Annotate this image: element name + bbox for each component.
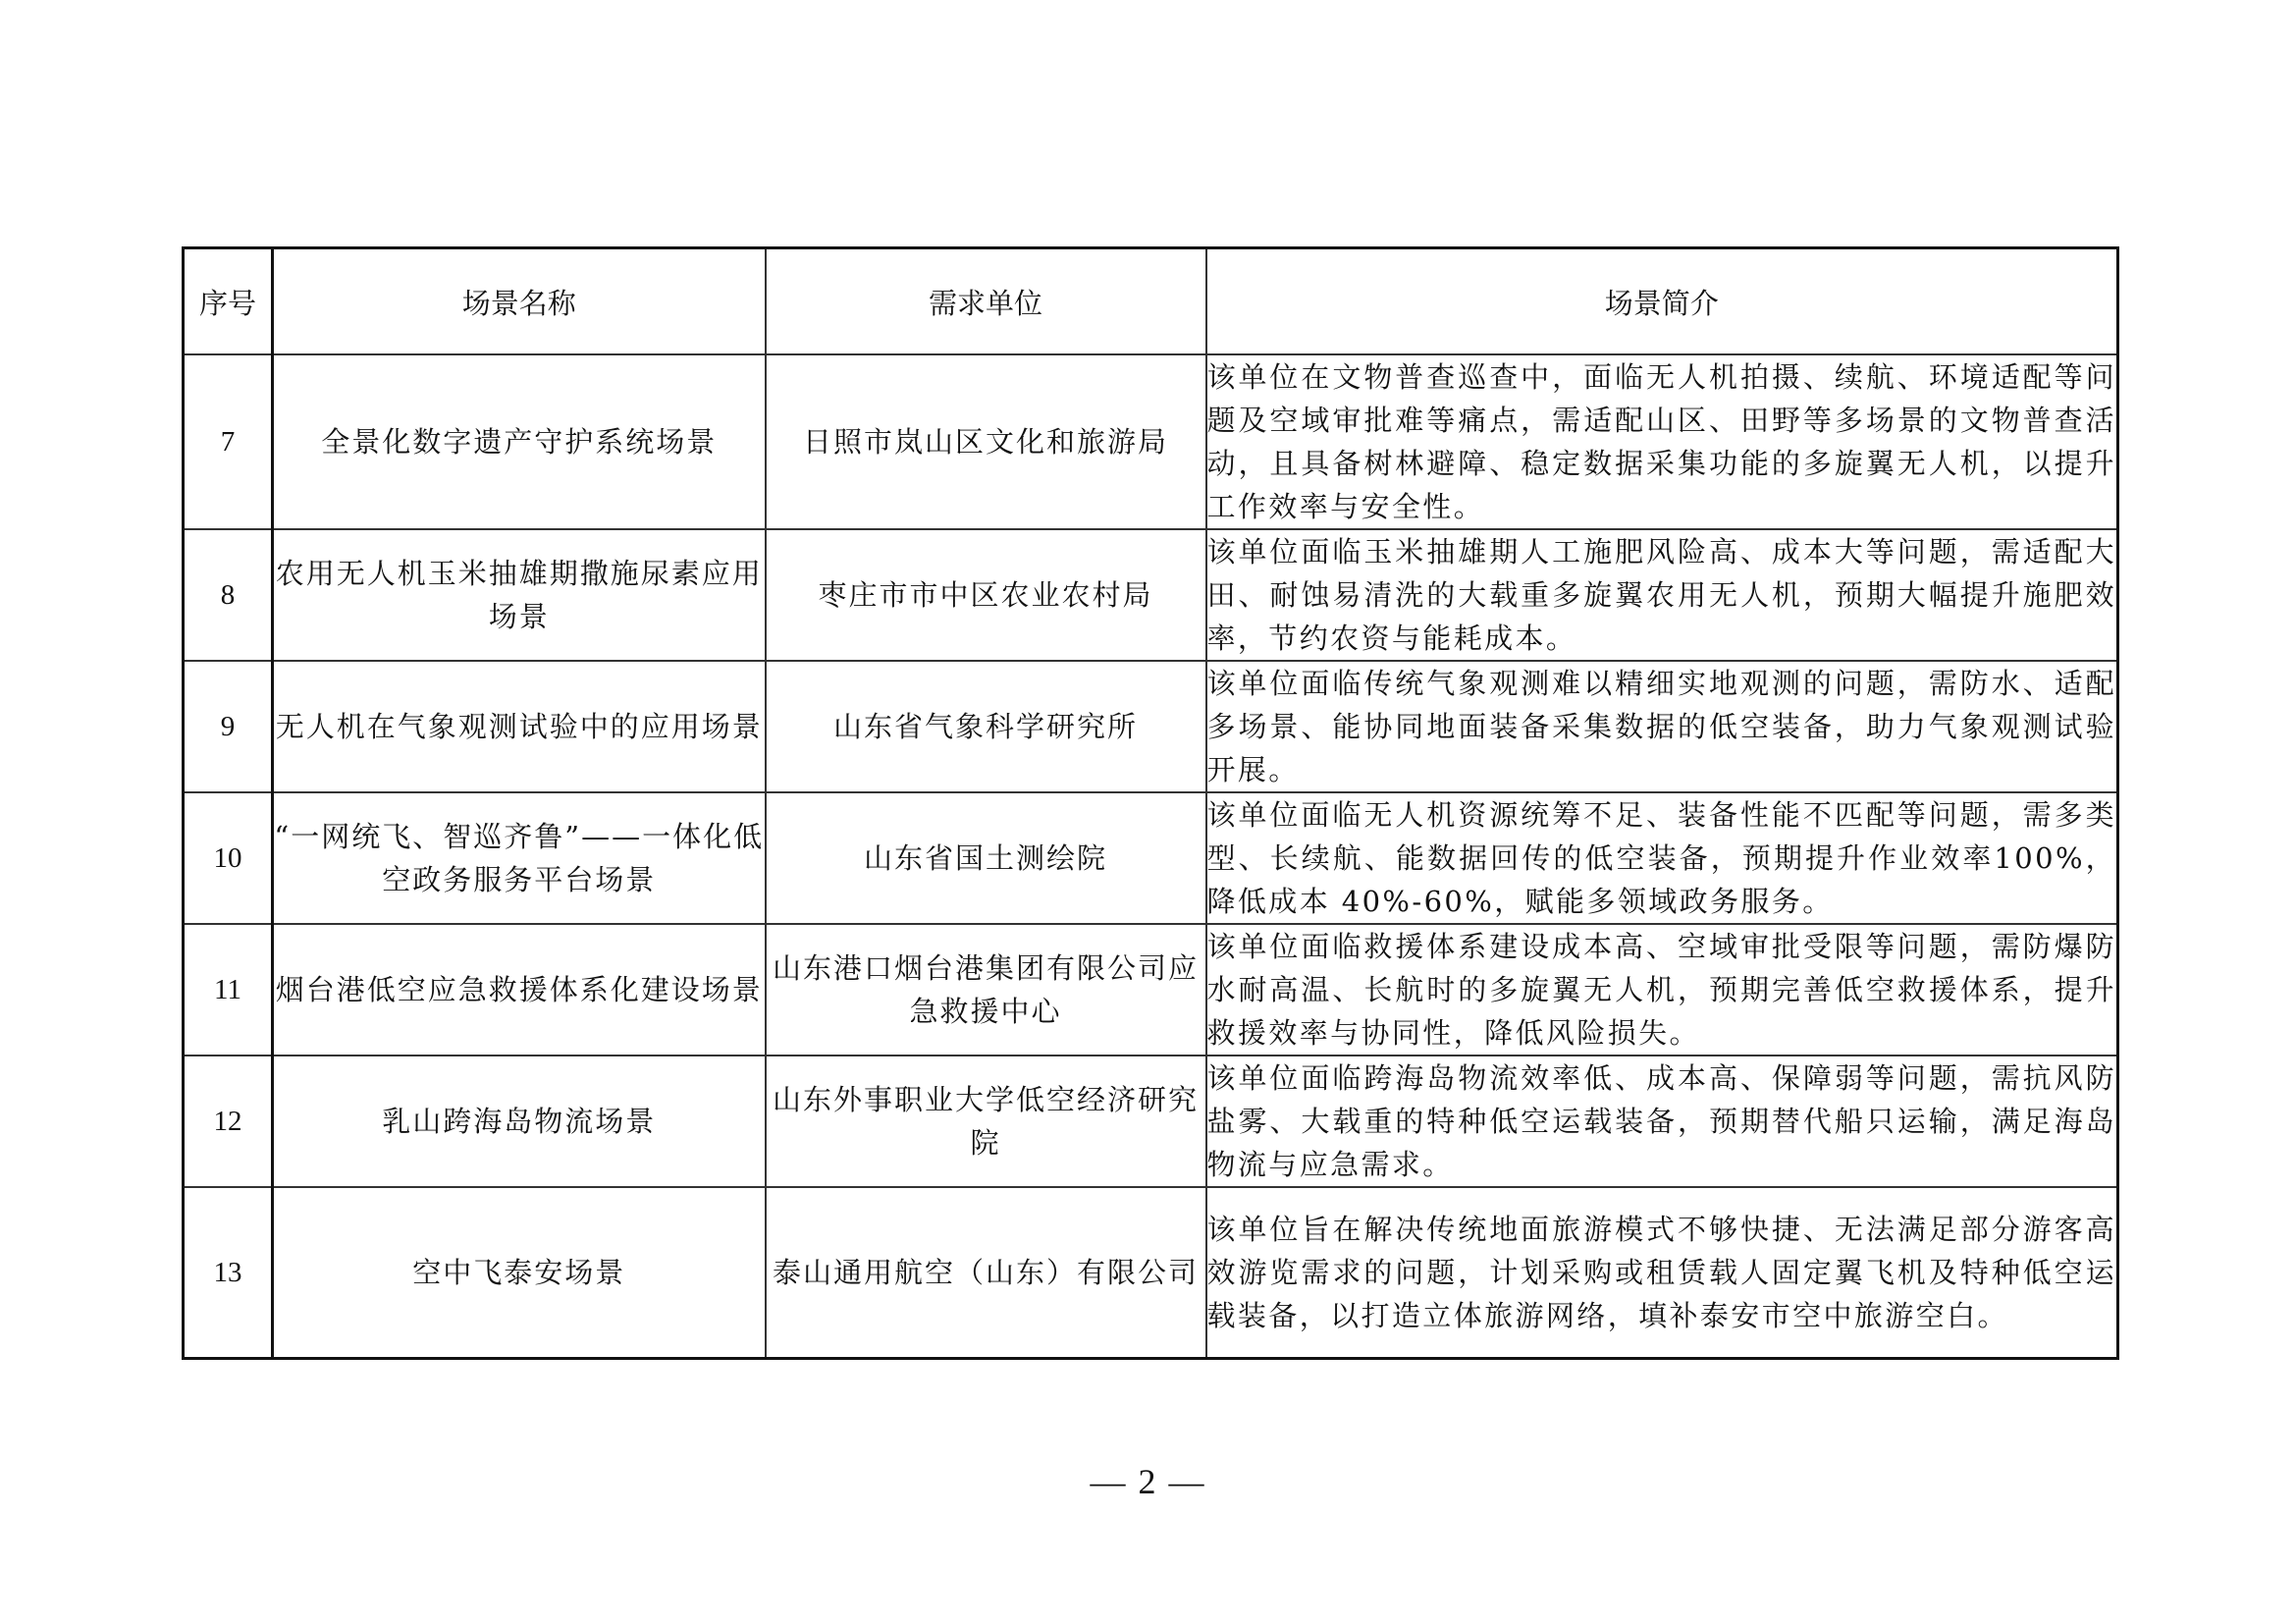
table-row: 10 “一网统飞、智巡齐鲁”——一体化低空政务服务平台场景 山东省国土测绘院 该…	[184, 792, 2118, 924]
header-demand-unit: 需求单位	[766, 248, 1206, 355]
cell-scenario-name: 全景化数字遗产守护系统场景	[273, 354, 766, 529]
cell-scenario-description: 该单位面临无人机资源统筹不足、装备性能不匹配等问题，需多类型、长续航、能数据回传…	[1206, 792, 2118, 924]
cell-scenario-name: 空中飞泰安场景	[273, 1187, 766, 1359]
cell-serial-number: 9	[184, 661, 273, 792]
document-page: 序号 场景名称 需求单位 场景简介 7 全景化数字遗产守护系统场景 日照市岚山区…	[0, 0, 2296, 1624]
table-row: 7 全景化数字遗产守护系统场景 日照市岚山区文化和旅游局 该单位在文物普查巡查中…	[184, 354, 2118, 529]
scenario-table: 序号 场景名称 需求单位 场景简介 7 全景化数字遗产守护系统场景 日照市岚山区…	[182, 246, 2119, 1360]
cell-scenario-description: 该单位在文物普查巡查中，面临无人机拍摄、续航、环境适配等问题及空域审批难等痛点，…	[1206, 354, 2118, 529]
cell-scenario-description: 该单位旨在解决传统地面旅游模式不够快捷、无法满足部分游客高效游览需求的问题，计划…	[1206, 1187, 2118, 1359]
cell-scenario-name: 农用无人机玉米抽雄期撒施尿素应用场景	[273, 529, 766, 661]
cell-scenario-name: 无人机在气象观测试验中的应用场景	[273, 661, 766, 792]
header-scenario-name: 场景名称	[273, 248, 766, 355]
cell-serial-number: 12	[184, 1056, 273, 1187]
cell-serial-number: 11	[184, 924, 273, 1056]
cell-scenario-name: 烟台港低空应急救援体系化建设场景	[273, 924, 766, 1056]
table-row: 9 无人机在气象观测试验中的应用场景 山东省气象科学研究所 该单位面临传统气象观…	[184, 661, 2118, 792]
header-scenario-description: 场景简介	[1206, 248, 2118, 355]
cell-demand-unit: 山东港口烟台港集团有限公司应急救援中心	[766, 924, 1206, 1056]
cell-scenario-description: 该单位面临传统气象观测难以精细实地观测的问题，需防水、适配多场景、能协同地面装备…	[1206, 661, 2118, 792]
cell-scenario-description: 该单位面临玉米抽雄期人工施肥风险高、成本大等问题，需适配大田、耐蚀易清洗的大载重…	[1206, 529, 2118, 661]
cell-scenario-description: 该单位面临救援体系建设成本高、空域审批受限等问题，需防爆防水耐高温、长航时的多旋…	[1206, 924, 2118, 1056]
table-header-row: 序号 场景名称 需求单位 场景简介	[184, 248, 2118, 355]
cell-scenario-name: “一网统飞、智巡齐鲁”——一体化低空政务服务平台场景	[273, 792, 766, 924]
cell-demand-unit: 山东省国土测绘院	[766, 792, 1206, 924]
cell-scenario-name: 乳山跨海岛物流场景	[273, 1056, 766, 1187]
page-number: — 2 —	[0, 1461, 2296, 1502]
cell-demand-unit: 泰山通用航空（山东）有限公司	[766, 1187, 1206, 1359]
cell-demand-unit: 山东省气象科学研究所	[766, 661, 1206, 792]
table-row: 11 烟台港低空应急救援体系化建设场景 山东港口烟台港集团有限公司应急救援中心 …	[184, 924, 2118, 1056]
cell-demand-unit: 枣庄市市中区农业农村局	[766, 529, 1206, 661]
header-serial-number: 序号	[184, 248, 273, 355]
cell-serial-number: 7	[184, 354, 273, 529]
table-row: 13 空中飞泰安场景 泰山通用航空（山东）有限公司 该单位旨在解决传统地面旅游模…	[184, 1187, 2118, 1359]
cell-serial-number: 10	[184, 792, 273, 924]
cell-demand-unit: 山东外事职业大学低空经济研究院	[766, 1056, 1206, 1187]
table-row: 8 农用无人机玉米抽雄期撒施尿素应用场景 枣庄市市中区农业农村局 该单位面临玉米…	[184, 529, 2118, 661]
cell-scenario-description: 该单位面临跨海岛物流效率低、成本高、保障弱等问题，需抗风防盐雾、大载重的特种低空…	[1206, 1056, 2118, 1187]
cell-serial-number: 13	[184, 1187, 273, 1359]
cell-demand-unit: 日照市岚山区文化和旅游局	[766, 354, 1206, 529]
cell-serial-number: 8	[184, 529, 273, 661]
table-row: 12 乳山跨海岛物流场景 山东外事职业大学低空经济研究院 该单位面临跨海岛物流效…	[184, 1056, 2118, 1187]
